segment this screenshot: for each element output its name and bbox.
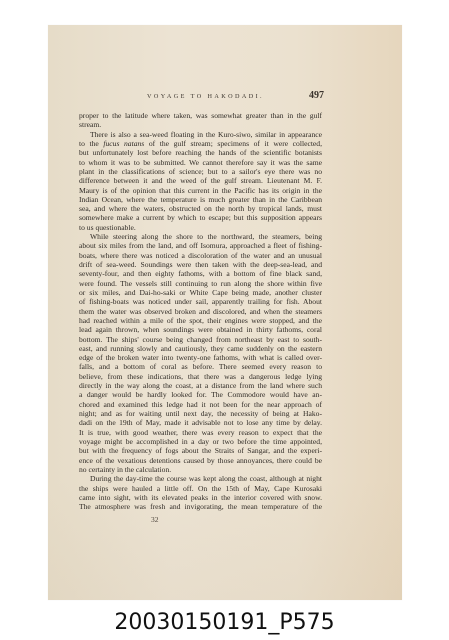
text-line: had reached within a mile of the spot, t… bbox=[79, 316, 322, 325]
text-line: a danger would be hardly looked for. The… bbox=[79, 390, 322, 399]
text-line: came into sight, with its elevated peaks… bbox=[79, 493, 322, 502]
text-line: Indian Ocean, where the temperature is m… bbox=[79, 195, 322, 204]
text-line: boats, where there was noticed a discolo… bbox=[79, 251, 322, 260]
text-line: chored and examined this ledge had it no… bbox=[79, 400, 322, 409]
text-line: dadi on the 19th of May, made it advisab… bbox=[79, 418, 322, 427]
text-line: east, and running slowly and cautiously,… bbox=[79, 344, 322, 353]
text-line: to whom it was to be submitted. We canno… bbox=[79, 158, 322, 167]
text-line: directly in the way along the coast, at … bbox=[79, 381, 322, 390]
text-line: ence of the vexatious detentions caused … bbox=[79, 456, 322, 465]
text-line: edge of the broken water into twenty-one… bbox=[79, 353, 322, 362]
text-line: proper to the latitude where taken, was … bbox=[79, 111, 322, 120]
text-line: them the water was observed broken and d… bbox=[79, 307, 322, 316]
text-line: but with the frequency of fogs about the… bbox=[79, 446, 322, 455]
text-line: Maury is of the opinion that this curren… bbox=[79, 186, 322, 195]
signature-mark: 32 bbox=[151, 515, 159, 524]
running-head: VOYAGE TO HAKODADI. 497 bbox=[79, 92, 322, 104]
text-line: no certainty in the calculation. bbox=[79, 465, 322, 474]
text-line: or six miles, and Dai-ho-saki or White C… bbox=[79, 288, 322, 297]
text-line: difference between it and the weed of th… bbox=[79, 176, 322, 185]
running-title: VOYAGE TO HAKODADI. bbox=[79, 93, 322, 100]
text-line: drift of sea-weed. Soundings were then t… bbox=[79, 260, 322, 269]
text-line: were found. The vessels still continuing… bbox=[79, 279, 322, 288]
text-run: of the gulf stream; specimens of it were… bbox=[144, 139, 322, 148]
text-line: believe, from these indications, that th… bbox=[79, 372, 322, 381]
text-line: the ships were hauled a little off. On t… bbox=[79, 484, 322, 493]
text-line: sea, and where the waters, obstructed on… bbox=[79, 204, 322, 213]
text-line: The atmosphere was fresh and invigoratin… bbox=[79, 502, 322, 511]
text-run: to the bbox=[79, 139, 103, 148]
text-line: voyage might be accomplished in a day or… bbox=[79, 437, 322, 446]
scanned-book-page: VOYAGE TO HAKODADI. 497 proper to the la… bbox=[48, 25, 402, 600]
text-line: falls, and a bottom of coral as before. … bbox=[79, 362, 322, 371]
text-line: There is also a sea-weed floating in the… bbox=[79, 130, 322, 139]
text-line: seventy-four, and then eighty fathoms, w… bbox=[79, 269, 322, 278]
text-line: to us questionable. bbox=[79, 223, 322, 232]
text-line: but unfortunately lost before reaching t… bbox=[79, 148, 322, 157]
text-line: somewhere make a current by which to esc… bbox=[79, 213, 322, 222]
text-line: During the day-time the course was kept … bbox=[79, 474, 322, 483]
text-line: It is true, with good weather, there was… bbox=[79, 428, 322, 437]
text-line: While steering along the shore to the no… bbox=[79, 232, 322, 241]
italic-term: fucus natans bbox=[103, 139, 144, 148]
text-line: lead again thrown, when soundings were o… bbox=[79, 325, 322, 334]
text-line: bottom. The ships' course being changed … bbox=[79, 335, 322, 344]
text-line: about six miles from the land, and off I… bbox=[79, 241, 322, 250]
text-line: night; and as for waiting until next day… bbox=[79, 409, 322, 418]
text-line: plant in the classifications of science;… bbox=[79, 167, 322, 176]
text-line: to the fucus natans of the gulf stream; … bbox=[79, 139, 322, 148]
page-number: 497 bbox=[309, 90, 324, 101]
text-line: stream. bbox=[79, 120, 322, 129]
body-text: proper to the latitude where taken, was … bbox=[79, 111, 322, 511]
text-line: of fishing-boats was noticed under sail,… bbox=[79, 297, 322, 306]
image-caption: 20030150191_P575 bbox=[0, 610, 449, 636]
